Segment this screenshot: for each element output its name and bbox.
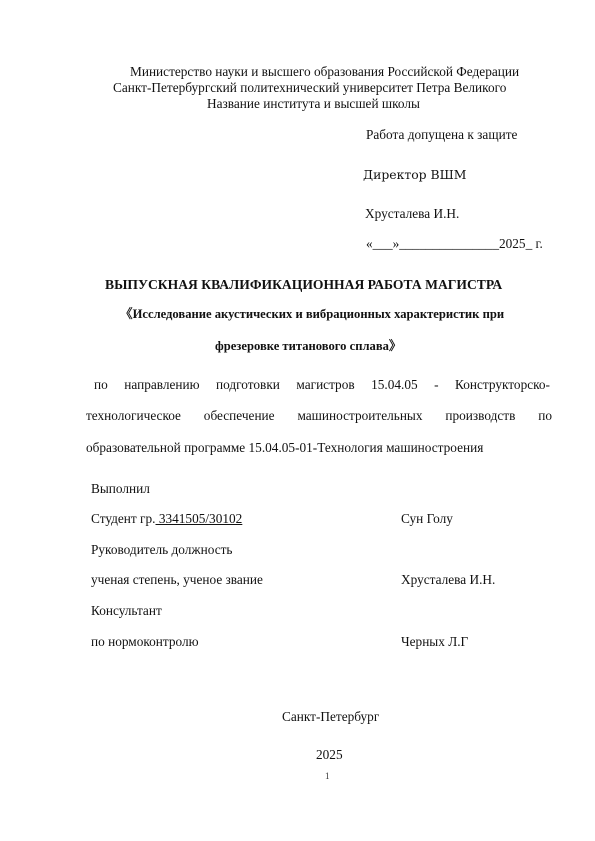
direction-line-2: технологическое обеспечение машиностроит… [86,408,552,424]
student-name: Сун Голу [401,511,453,527]
director-name: Хрусталева И.Н. [365,206,459,222]
word: технологическое [86,408,181,424]
thesis-topic-line1: 《Исследование акустических и вибрационны… [120,306,504,322]
direction-line-3: образовательной программе 15.04.05-01-Те… [86,440,483,456]
year: 2025 [316,747,343,763]
word: обеспечение [204,408,275,424]
institute-name: Название института и высшей школы [207,96,420,112]
word: подготовки [216,377,280,393]
word: 15.04.05 [371,377,418,393]
direction-line-1: по направлению подготовки магистров 15.0… [94,377,550,393]
word: машиностроительных [297,408,422,424]
consultant-name: Черных Л.Г [401,634,468,650]
supervisor-degree: ученая степень, ученое звание [91,572,263,588]
supervisor-name: Хрусталева И.Н. [401,572,495,588]
word: - [434,377,438,393]
university-name: Санкт-Петербургский политехнический унив… [113,80,506,96]
supervisor-label: Руководитель должность [91,542,232,558]
word: Конструкторско- [455,377,550,393]
approval-date-line: «___»_______________2025_ г. [366,236,543,252]
ministry-name: Министерство науки и высшего образования… [130,64,519,80]
consultant-area: по нормоконтролю [91,634,199,650]
consultant-label: Консультант [91,603,162,619]
student-label: Студент гр. [91,511,156,526]
student-row: Студент гр. 3341505/30102 [91,511,242,527]
word: направлению [124,377,199,393]
student-group: 3341505/30102 [156,511,243,526]
thesis-topic-line2: фрезеровке титанового сплава》 [215,338,402,354]
word: по [94,377,108,393]
word: по [538,408,552,424]
director-title: Директор ВШМ [363,167,466,183]
admitted-to-defense: Работа допущена к защите [366,127,517,143]
city: Санкт-Петербург [282,709,379,725]
word: магистров [296,377,354,393]
word: производств [445,408,515,424]
document-title: ВЫПУСКНАЯ КВАЛИФИКАЦИОННАЯ РАБОТА МАГИСТ… [105,277,502,293]
performed-label: Выполнил [91,481,150,497]
page-number: 1 [325,771,330,781]
